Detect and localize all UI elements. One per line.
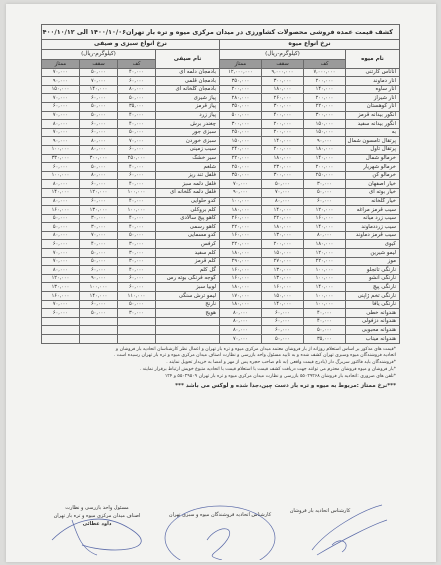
vegetable-max-price: ۱۲۰,۰۰۰ — [80, 188, 118, 197]
fruit-max-price: ۶۰,۰۰۰ — [262, 309, 304, 318]
fruit-unit-label: (کیلوگرم-ریال) — [220, 50, 346, 60]
fruit-col-min: کف — [304, 60, 346, 69]
fruit-premium-price: ۲۰۰,۰۰۰ — [220, 85, 262, 94]
vegetable-min-price — [118, 326, 156, 335]
vegetable-premium-price: ۸۰,۰۰۰ — [41, 266, 79, 275]
fruit-name-header: نام میوه — [346, 50, 400, 69]
fruit-max-price: ۹,۰۰۰,۰۰۰ — [262, 68, 304, 77]
fruit-min-price: ۴۰,۰۰۰ — [304, 309, 346, 318]
fruit-name-cell: نارنگی تخم ژاپنی — [346, 292, 400, 301]
fruit-max-price: ۳۰۰,۰۰۰ — [262, 77, 304, 86]
table-row: انگور بیدانه سفید۱۵۰,۰۰۰۲۰۰,۰۰۰۳۰۰,۰۰۰چغ… — [41, 120, 399, 129]
notes-block: *قیمت های مذکور بر اساس استعلام روزانه ا… — [42, 347, 400, 390]
fruit-max-price: ۱۶۰,۰۰۰ — [262, 283, 304, 292]
vegetable-name-cell: پیاز قرمز — [156, 102, 220, 111]
table-row: انگور بیدانه قرمز۳۰۰,۰۰۰۴۰۰,۰۰۰۵۰۰,۰۰۰پی… — [41, 111, 399, 120]
vegetable-premium-price: ۷۰,۰۰۰ — [41, 249, 79, 258]
vegetable-premium-price: ۵۰,۰۰۰ — [41, 223, 79, 232]
vegetable-max-price: ۵۰,۰۰۰ — [80, 163, 118, 172]
vegetable-name-cell: فلفل دلمه سبز — [156, 180, 220, 189]
table-row: خیار گلخانه۶۰,۰۰۰۸۰,۰۰۰۱۰۰,۰۰۰کدو حلوایی… — [41, 197, 399, 206]
vegetable-min-price: ۶۰,۰۰۰ — [118, 274, 156, 283]
fruit-name-cell: خرمالو کن — [346, 171, 400, 180]
vegetable-min-price: ۴۰,۰۰۰ — [118, 120, 156, 129]
table-row: نارنگی تانجلو۱۰۰,۰۰۰۱۳۰,۰۰۰۱۶۰,۰۰۰گل کلم… — [41, 266, 399, 275]
fruit-max-price: ۱۵۰,۰۰۰ — [262, 249, 304, 258]
fruit-min-price: ۱۰۰,۰۰۰ — [304, 300, 346, 309]
fruit-premium-price: ۲۸۰,۰۰۰ — [220, 94, 262, 103]
fruit-name-cell: خرمالو شمال — [346, 154, 400, 163]
vegetable-max-price: ۶۰,۰۰۰ — [80, 120, 118, 129]
vegetable-min-price: ۴۰,۰۰۰ — [118, 163, 156, 172]
fruit-name-cell: خیار گلخانه — [346, 197, 400, 206]
table-row: انار شیراز۲۰۰,۰۰۰۲۶۰,۰۰۰۲۸۰,۰۰۰پیاز شیری… — [41, 94, 399, 103]
vegetable-name-cell: شلغم — [156, 163, 220, 172]
fruit-premium-price: ۱۵۰,۰۰۰ — [220, 137, 262, 146]
fruit-name-cell: نارنگی تانجلو — [346, 266, 400, 275]
vegetable-premium-price: ۹۰,۰۰۰ — [41, 77, 79, 86]
fruit-premium-price: ۳۵۰,۰۰۰ — [220, 102, 262, 111]
vegetable-premium-price: ۶۰,۰۰۰ — [41, 102, 79, 111]
table-row: خیار اصفهان۳۰,۰۰۰۵۰,۰۰۰۷۰,۰۰۰فلفل دلمه س… — [41, 180, 399, 189]
vegetable-premium-price: ۸۰,۰۰۰ — [41, 120, 79, 129]
fruit-max-price: ۶۰,۰۰۰ — [262, 317, 304, 326]
table-row: سیب زرد میانه۱۶۰,۰۰۰۲۲۰,۰۰۰۲۶۰,۰۰۰کاهو پ… — [41, 214, 399, 223]
fruit-min-price: ۱۶۰,۰۰۰ — [304, 214, 346, 223]
fruit-premium-price: ۱۷۰,۰۰۰ — [220, 292, 262, 301]
vegetable-premium-price: ۶۰,۰۰۰ — [41, 309, 79, 318]
vegetable-min-price: ۳۰,۰۰۰ — [118, 257, 156, 266]
fruit-min-price: ۳۰۰,۰۰۰ — [304, 111, 346, 120]
vegetable-name-cell — [156, 335, 220, 344]
vegetable-min-price: ۴۰,۰۰۰ — [118, 111, 156, 120]
table-row: سیب قرمز مراغه۱۲۰,۰۰۰۱۴۰,۰۰۰۱۸۰,۰۰۰کلم ب… — [41, 206, 399, 215]
vegetable-max-price — [80, 335, 118, 344]
fruit-premium-price: ۲۲۰,۰۰۰ — [220, 154, 262, 163]
fruit-premium-price: ۲۵۰,۰۰۰ — [220, 163, 262, 172]
table-row: خیار بوته ای۵۰,۰۰۰۷۰,۰۰۰۹۰,۰۰۰فلفل دلمه … — [41, 188, 399, 197]
vegetable-max-price: ۸۰,۰۰۰ — [80, 145, 118, 154]
vegetable-premium-price: ۱۳۰,۰۰۰ — [41, 283, 79, 292]
vegetable-max-price: ۴۰,۰۰۰ — [80, 240, 118, 249]
fruit-name-cell: سیب قرمز دماوند — [346, 231, 400, 240]
fruit-min-price: ۲۲۰,۰۰۰ — [304, 257, 346, 266]
vegetable-premium-price: ۷۰,۰۰۰ — [41, 68, 79, 77]
fruit-min-price: ۱۵۰,۰۰۰ — [304, 120, 346, 129]
fruit-premium-price: ۷۰,۰۰۰ — [220, 180, 262, 189]
vegetable-min-price: ۴۰,۰۰۰ — [118, 266, 156, 275]
fruit-premium-price: ۳۵۰,۰۰۰ — [220, 171, 262, 180]
vegetable-name-cell: فلفل تند ریز — [156, 171, 220, 180]
fruit-premium-price: ۲۹۰,۰۰۰ — [220, 257, 262, 266]
vegetable-premium-price: ۱۶۰,۰۰۰ — [41, 206, 79, 215]
vegetable-name-cell: کدو مسمایی — [156, 231, 220, 240]
fruit-max-price: ۳۰۰,۰۰۰ — [262, 171, 304, 180]
vegetable-name-header: نام صیفی — [156, 50, 220, 69]
vegetable-premium-price: ۷۰,۰۰۰ — [41, 257, 79, 266]
fruit-premium-price: ۲۲۰,۰۰۰ — [220, 223, 262, 232]
vegetable-name-cell: پیاز شیری — [156, 94, 220, 103]
fruit-premium-price: ۱۶۰,۰۰۰ — [220, 266, 262, 275]
vegetable-premium-price: ۷۰,۰۰۰ — [41, 111, 79, 120]
vegetable-name-cell: فلفل دلمه گلخانه ای — [156, 188, 220, 197]
vegetable-name-cell: کلم سفید — [156, 249, 220, 258]
vegetable-name-cell: سیب زمینی — [156, 145, 220, 154]
fruit-name-cell: خیار بوته ای — [346, 188, 400, 197]
vegetable-premium-price: ۱۶۰,۰۰۰ — [41, 292, 79, 301]
fruit-name-cell: سیب زرددماوند — [346, 223, 400, 232]
fruit-min-price: ۵۰,۰۰۰ — [304, 326, 346, 335]
table-row: انار کوهستان۲۲۰,۰۰۰۳۰۰,۰۰۰۳۵۰,۰۰۰پیاز قر… — [41, 102, 399, 111]
vegetable-name-cell: بادمجان دلمه ای — [156, 68, 220, 77]
vegetable-name-cell — [156, 326, 220, 335]
fruit-max-price: ۱۴۰,۰۰۰ — [262, 137, 304, 146]
document-title: کشف قیمت عمده فروشی محصولات کشاورزی در م… — [41, 25, 399, 40]
table-row: لیمو شیرین۱۲۰,۰۰۰۱۵۰,۰۰۰۱۸۰,۰۰۰کلم سفید۳… — [41, 249, 399, 258]
vegetable-min-price: ۵۰,۰۰۰ — [118, 128, 156, 137]
fruit-max-price: ۱۳۰,۰۰۰ — [262, 231, 304, 240]
vegetable-min-price: ۱۰۰,۰۰۰ — [118, 188, 156, 197]
vegetable-name-cell: نارنج — [156, 300, 220, 309]
fruit-name-cell: کیوی — [346, 240, 400, 249]
fruit-min-price: ۱۸۰,۰۰۰ — [304, 145, 346, 154]
vegetable-min-price: ۴۰,۰۰۰ — [118, 223, 156, 232]
vegetable-min-price: ۶۰,۰۰۰ — [118, 171, 156, 180]
fruit-premium-price: ۱۸۰,۰۰۰ — [220, 206, 262, 215]
vegetable-premium-price: ۵۰,۰۰۰ — [41, 214, 79, 223]
price-sheet: کشف قیمت عمده فروشی محصولات کشاورزی در م… — [42, 24, 400, 389]
fruit-name-cell: موز — [346, 257, 400, 266]
vegetable-name-cell: لیمو ترش سنگی — [156, 292, 220, 301]
fruit-name-cell: انار دماوند — [346, 77, 400, 86]
vegetable-min-price: ۴۰,۰۰۰ — [118, 180, 156, 189]
fruit-min-price: ۱۴۰,۰۰۰ — [304, 154, 346, 163]
vegetable-name-cell: لوبیا سبز — [156, 283, 220, 292]
vegetable-max-price: ۵۰,۰۰۰ — [80, 111, 118, 120]
table-row: نارنگی پیچ۱۴۰,۰۰۰۱۶۰,۰۰۰۱۸۰,۰۰۰لوبیا سبز… — [41, 283, 399, 292]
vegetable-col-min: کف — [118, 60, 156, 69]
table-row: نارنگی یافا۱۰۰,۰۰۰۱۴۰,۰۰۰۱۸۰,۰۰۰نارنج۵۰,… — [41, 300, 399, 309]
vegetable-max-price — [80, 326, 118, 335]
fruit-max-price: ۷۰,۰۰۰ — [262, 188, 304, 197]
fruit-premium-price: ۱۸۰,۰۰۰ — [220, 300, 262, 309]
vegetable-min-price: ۲۵۰,۰۰۰ — [118, 154, 156, 163]
vegetable-min-price: ۶۰,۰۰۰ — [118, 77, 156, 86]
vegetable-name-cell: کرفس — [156, 240, 220, 249]
vegetable-premium-price: ۷۰,۰۰۰ — [41, 300, 79, 309]
fruit-min-price: ۴۰,۰۰۰ — [304, 317, 346, 326]
fruit-section-heading: نرخ انواع میوه — [220, 40, 400, 50]
fruit-min-price: ۱۲۰,۰۰۰ — [304, 249, 346, 258]
table-row: به۱۵۰,۰۰۰۲۰۰,۰۰۰۲۵۰,۰۰۰سبزی جور۵۰,۰۰۰۶۰,… — [41, 128, 399, 137]
fruit-premium-price: ۲۶۰,۰۰۰ — [220, 214, 262, 223]
fruit-name-cell: هندوانه خطی — [346, 309, 400, 318]
fruit-min-price: ۱۰۰,۰۰۰ — [304, 292, 346, 301]
table-row: خرمالو کن۲۵۰,۰۰۰۳۰۰,۰۰۰۳۵۰,۰۰۰فلفل تند ر… — [41, 171, 399, 180]
vegetable-name-cell: پیاز زرد — [156, 111, 220, 120]
fruit-name-cell: خیار اصفهان — [346, 180, 400, 189]
vegetable-name-cell — [156, 317, 220, 326]
vegetable-min-price: ۴۰,۰۰۰ — [118, 197, 156, 206]
fruit-name-cell: به — [346, 128, 400, 137]
fruit-name-cell: سیب قرمز مراغه — [346, 206, 400, 215]
vegetable-min-price: ۶۰,۰۰۰ — [118, 283, 156, 292]
vegetable-premium-price: ۳۳۰,۰۰۰ — [41, 154, 79, 163]
vegetable-min-price: ۱۰۰,۰۰۰ — [118, 206, 156, 215]
fruit-col-premium: ممتاز — [220, 60, 262, 69]
fruit-col-max: سقف — [262, 60, 304, 69]
fruit-min-price: ۱۲۰,۰۰۰ — [304, 206, 346, 215]
fruit-premium-price: ۳۰۰,۰۰۰ — [220, 120, 262, 129]
vegetable-max-price: ۶۰,۰۰۰ — [80, 94, 118, 103]
vegetable-premium-price: ۶۰,۰۰۰ — [41, 240, 79, 249]
fruit-name-cell: نارنگی انشو — [346, 274, 400, 283]
fruit-min-price: ۳۰,۰۰۰ — [304, 180, 346, 189]
fruit-min-price: ۱۵۰,۰۰۰ — [304, 128, 346, 137]
vegetable-col-max: سقف — [80, 60, 118, 69]
table-row: هندوانه محبوبی۵۰,۰۰۰۶۰,۰۰۰۸۰,۰۰۰ — [41, 326, 399, 335]
table-row: سیب زرددماوند۱۴۰,۰۰۰۱۸۰,۰۰۰۲۲۰,۰۰۰کاهو ر… — [41, 223, 399, 232]
vegetable-min-price: ۳۰,۰۰۰ — [118, 249, 156, 258]
fruit-max-price: ۴۰۰,۰۰۰ — [262, 111, 304, 120]
table-row: پرتقال تاول۱۸۰,۰۰۰۲۰۰,۰۰۰۲۴۰,۰۰۰سیب زمین… — [41, 145, 399, 154]
vegetable-name-cell: کاهو پیچ سالادی — [156, 214, 220, 223]
vegetable-premium-price: ۱۴۰,۰۰۰ — [41, 188, 79, 197]
fruit-max-price: ۶۰,۰۰۰ — [262, 326, 304, 335]
note-line: *بار فروشان و میوه فروشان محترم می توانن… — [42, 367, 396, 374]
fruit-premium-price: ۵۰۰,۰۰۰ — [220, 111, 262, 120]
vegetable-max-price: ۸۰,۰۰۰ — [80, 137, 118, 146]
fruit-max-price: ۱۵۰,۰۰۰ — [262, 292, 304, 301]
vegetable-min-price: ۴۰,۰۰۰ — [118, 214, 156, 223]
vegetable-premium-price: ۶۰,۰۰۰ — [41, 163, 79, 172]
vegetable-min-price: ۳۰,۰۰۰ — [118, 309, 156, 318]
fruit-min-price: ۷,۰۰۰,۰۰۰ — [304, 68, 346, 77]
fruit-max-price: ۸۰,۰۰۰ — [262, 197, 304, 206]
fruit-premium-price: ۱۲,۰۰۰,۰۰۰ — [220, 68, 262, 77]
vegetable-min-price: ۸۰,۰۰۰ — [118, 85, 156, 94]
fruit-min-price: ۱۸۰,۰۰۰ — [304, 240, 346, 249]
fruit-max-price: ۲۷۰,۰۰۰ — [262, 257, 304, 266]
vegetable-premium-price: ۱۰۰,۰۰۰ — [41, 145, 79, 154]
fruit-name-cell: نارنگی پیچ — [346, 283, 400, 292]
fruit-premium-price: ۱۸۰,۰۰۰ — [220, 283, 262, 292]
vegetable-name-cell: چغندر برش — [156, 120, 220, 129]
table-row: هندوانه دزفولی۴۰,۰۰۰۶۰,۰۰۰۸۰,۰۰۰ — [41, 317, 399, 326]
vegetable-max-price: ۱۰۰,۰۰۰ — [80, 283, 118, 292]
vegetable-premium-price — [41, 326, 79, 335]
note-line: *تلفن های ضروری :اتحادیه بار فروشان ۵۵۰۲… — [42, 374, 396, 381]
fruit-name-cell: نارنگی یافا — [346, 300, 400, 309]
table-row: خرمالو شمال۱۴۰,۰۰۰۱۸۰,۰۰۰۲۲۰,۰۰۰سیر خشک۲… — [41, 154, 399, 163]
fruit-name-cell: خرمالو شهریار — [346, 163, 400, 172]
vegetable-unit-label: (کیلوگرم-ریال) — [41, 50, 155, 60]
vegetable-name-cell: سبزی خوردن — [156, 137, 220, 146]
fruit-min-price: ۳۵,۰۰۰ — [304, 335, 346, 344]
table-row: سیب قرمز دماوند۸۰,۰۰۰۱۳۰,۰۰۰۱۶۰,۰۰۰کدو م… — [41, 231, 399, 240]
vegetable-max-price: ۵۰,۰۰۰ — [80, 102, 118, 111]
vegetable-premium-price: ۷۰,۰۰۰ — [41, 94, 79, 103]
vegetable-premium-price — [41, 335, 79, 344]
vegetable-premium-price: ۷۰,۰۰۰ — [41, 128, 79, 137]
vegetable-min-price: ۳۵,۰۰۰ — [118, 102, 156, 111]
fruit-min-price: ۱۴۰,۰۰۰ — [304, 85, 346, 94]
vegetable-max-price: ۳۰,۰۰۰ — [80, 223, 118, 232]
vegetable-premium-price: ۱۰۰,۰۰۰ — [41, 171, 79, 180]
fruit-premium-price: ۳۵۰,۰۰۰ — [220, 77, 262, 86]
fruit-name-cell: انار ساوه — [346, 85, 400, 94]
table-row: خرمالو شهریار۲۰۰,۰۰۰۲۳۰,۰۰۰۲۵۰,۰۰۰شلغم۴۰… — [41, 163, 399, 172]
vegetable-min-price: ۵۰,۰۰۰ — [118, 94, 156, 103]
fruit-name-cell: هندوانه محبوبی — [346, 326, 400, 335]
fruit-name-cell: سیب زرد میانه — [346, 214, 400, 223]
fruit-max-price: ۱۳۰,۰۰۰ — [262, 266, 304, 275]
fruit-premium-price: ۸۰,۰۰۰ — [220, 309, 262, 318]
fruit-min-price: ۵۰,۰۰۰ — [304, 188, 346, 197]
vegetable-min-price: ۱۱۰,۰۰۰ — [118, 292, 156, 301]
vegetable-max-price: ۶۰,۰۰۰ — [80, 266, 118, 275]
vegetable-max-price: ۶۰,۰۰۰ — [80, 197, 118, 206]
fruit-premium-price: ۸۰,۰۰۰ — [220, 326, 262, 335]
fruit-min-price: ۲۲۰,۰۰۰ — [304, 102, 346, 111]
fruit-max-price: ۲۰۰,۰۰۰ — [262, 128, 304, 137]
fruit-min-price: ۱۰۰,۰۰۰ — [304, 266, 346, 275]
vegetable-premium-price: ۸۰,۰۰۰ — [41, 231, 79, 240]
table-row: کیوی۱۸۰,۰۰۰۲۰۰,۰۰۰۲۲۰,۰۰۰کرفس۳۰,۰۰۰۴۰,۰۰… — [41, 240, 399, 249]
table-row: هندوانه میناب۳۵,۰۰۰۵۰,۰۰۰۷۰,۰۰۰ — [41, 335, 399, 344]
signature-area: کارشناس اتحادیه بار فروشان کارشناس اتحاد… — [42, 500, 400, 560]
handwritten-signatures-icon — [42, 500, 400, 560]
vegetable-max-price: ۸۰,۰۰۰ — [80, 171, 118, 180]
fruit-name-cell: لیمو شیرین — [346, 249, 400, 258]
vegetable-min-price: ۶۰,۰۰۰ — [118, 145, 156, 154]
fruit-max-price: ۱۳۰,۰۰۰ — [262, 274, 304, 283]
table-row: هندوانه خطی۴۰,۰۰۰۶۰,۰۰۰۸۰,۰۰۰هویج۳۰,۰۰۰۵… — [41, 309, 399, 318]
vegetable-min-price — [118, 335, 156, 344]
vegetable-max-price: ۱۳۰,۰۰۰ — [80, 206, 118, 215]
fruit-min-price: ۱۰۰,۰۰۰ — [304, 274, 346, 283]
vegetable-max-price: ۳۰,۰۰۰ — [80, 214, 118, 223]
vegetable-min-price: ۵۰,۰۰۰ — [118, 231, 156, 240]
vegetable-name-cell: گوجه فرنگی بوته رس — [156, 274, 220, 283]
table-row: پرتقال تامسون شمال۹۰,۰۰۰۱۴۰,۰۰۰۱۵۰,۰۰۰سب… — [41, 137, 399, 146]
vegetable-max-price: ۹۰,۰۰۰ — [80, 274, 118, 283]
fruit-premium-price: ۷۰,۰۰۰ — [220, 335, 262, 344]
vegetable-name-cell: کلم قرمز — [156, 257, 220, 266]
note-line: *فروشندگان باید فاکتور سربرگ دار (بادرج … — [42, 360, 396, 367]
vegetable-section-heading: نرخ انواع سبزی و صیفی — [41, 40, 219, 50]
fruit-max-price: ۲۰۰,۰۰۰ — [262, 240, 304, 249]
vegetable-name-cell: هویج — [156, 309, 220, 318]
fruit-name-cell: هندوانه میناب — [346, 335, 400, 344]
table-row: نارنگی تخم ژاپنی۱۰۰,۰۰۰۱۵۰,۰۰۰۱۷۰,۰۰۰لیم… — [41, 292, 399, 301]
fruit-name-cell: هندوانه دزفولی — [346, 317, 400, 326]
vegetable-max-price: ۶۰,۰۰۰ — [80, 300, 118, 309]
vegetable-max-price: ۷۰,۰۰۰ — [80, 77, 118, 86]
vegetable-min-price: ۵۰,۰۰۰ — [118, 300, 156, 309]
fruit-max-price: ۲۰۰,۰۰۰ — [262, 145, 304, 154]
table-row: نارنگی انشو۱۰۰,۰۰۰۱۳۰,۰۰۰۱۶۰,۰۰۰گوجه فرن… — [41, 274, 399, 283]
fruit-premium-price: ۹۰,۰۰۰ — [220, 188, 262, 197]
vegetable-name-cell: کدو حلوایی — [156, 197, 220, 206]
vegetable-max-price: ۵۰,۰۰۰ — [80, 309, 118, 318]
fruit-max-price: ۱۸۰,۰۰۰ — [262, 154, 304, 163]
fruit-premium-price: ۱۶۰,۰۰۰ — [220, 274, 262, 283]
vegetable-name-cell: کاهو رسمی — [156, 223, 220, 232]
vegetable-name-cell: سبزی جور — [156, 128, 220, 137]
table-row: موز۲۲۰,۰۰۰۲۷۰,۰۰۰۲۹۰,۰۰۰کلم قرمز۳۰,۰۰۰۵۰… — [41, 257, 399, 266]
vegetable-max-price: ۱۴۰,۰۰۰ — [80, 85, 118, 94]
vegetable-name-cell: گل کلم — [156, 266, 220, 275]
vegetable-min-price: ۳۰,۰۰۰ — [118, 240, 156, 249]
fruit-min-price: ۲۰۰,۰۰۰ — [304, 77, 346, 86]
fruit-min-price: ۲۰۰,۰۰۰ — [304, 94, 346, 103]
vegetable-max-price: ۶۰,۰۰۰ — [80, 180, 118, 189]
fruit-max-price: ۲۲۰,۰۰۰ — [262, 214, 304, 223]
vegetable-name-cell: کلم بروکلی — [156, 206, 220, 215]
vegetable-name-cell: بادمجان گلخانه ای — [156, 85, 220, 94]
fruit-premium-price: ۸۰,۰۰۰ — [220, 317, 262, 326]
table-row: آناناس کارتنی۷,۰۰۰,۰۰۰۹,۰۰۰,۰۰۰۱۲,۰۰۰,۰۰… — [41, 68, 399, 77]
table-row: انار دماوند۲۰۰,۰۰۰۳۰۰,۰۰۰۳۵۰,۰۰۰بادمجان … — [41, 77, 399, 86]
vegetable-col-premium: ممتاز — [41, 60, 79, 69]
fruit-name-cell: انار شیراز — [346, 94, 400, 103]
fruit-premium-price: ۱۸۰,۰۰۰ — [220, 249, 262, 258]
vegetable-min-price: ۷۰,۰۰۰ — [118, 137, 156, 146]
fruit-premium-price: ۲۴۰,۰۰۰ — [220, 145, 262, 154]
fruit-max-price: ۱۴۰,۰۰۰ — [262, 206, 304, 215]
vegetable-premium-price: ۸۰,۰۰۰ — [41, 197, 79, 206]
vegetable-max-price: ۶۰,۰۰۰ — [80, 128, 118, 137]
fruit-min-price: ۲۵۰,۰۰۰ — [304, 171, 346, 180]
vegetable-name-cell: بادمجان قلمی — [156, 77, 220, 86]
vegetable-max-price — [80, 317, 118, 326]
fruit-max-price: ۱۸۰,۰۰۰ — [262, 223, 304, 232]
vegetable-max-price: ۱۴۰,۰۰۰ — [80, 292, 118, 301]
vegetable-max-price: ۵۰,۰۰۰ — [80, 249, 118, 258]
vegetable-min-price: ۴۰,۰۰۰ — [118, 68, 156, 77]
fruit-min-price: ۸۰,۰۰۰ — [304, 231, 346, 240]
vegetable-max-price: ۷۰,۰۰۰ — [80, 231, 118, 240]
vegetable-max-price: ۵۰,۰۰۰ — [80, 257, 118, 266]
fruit-max-price: ۱۸۰,۰۰۰ — [262, 85, 304, 94]
vegetable-max-price: ۵۰,۰۰۰ — [80, 68, 118, 77]
price-table: کشف قیمت عمده فروشی محصولات کشاورزی در م… — [41, 24, 400, 344]
fruit-name-cell: انگور بیدانه سفید — [346, 120, 400, 129]
fruit-premium-price: ۱۶۰,۰۰۰ — [220, 231, 262, 240]
fruit-max-price: ۵۰,۰۰۰ — [262, 180, 304, 189]
vegetable-name-cell: سیر خشک — [156, 154, 220, 163]
fruit-max-price: ۲۶۰,۰۰۰ — [262, 94, 304, 103]
vegetable-premium-price: ۸۰,۰۰۰ — [41, 180, 79, 189]
fruit-min-price: ۹۰,۰۰۰ — [304, 137, 346, 146]
fruit-min-price: ۲۰۰,۰۰۰ — [304, 163, 346, 172]
fruit-max-price: ۲۰۰,۰۰۰ — [262, 120, 304, 129]
fruit-premium-price: ۲۲۰,۰۰۰ — [220, 240, 262, 249]
vegetable-premium-price: ۱۲۰,۰۰۰ — [41, 274, 79, 283]
fruit-name-cell: آناناس کارتنی — [346, 68, 400, 77]
fruit-min-price: ۱۴۰,۰۰۰ — [304, 223, 346, 232]
fruit-name-cell: پرتقال تاول — [346, 145, 400, 154]
premium-footnote: ***نرخ ممتاز :مربوط به میوه و تره بار دس… — [42, 383, 396, 390]
fruit-max-price: ۵۰,۰۰۰ — [262, 335, 304, 344]
vegetable-max-price: ۳۰۰,۰۰۰ — [80, 154, 118, 163]
fruit-name-cell: پرتقال تامسون شمال — [346, 137, 400, 146]
fruit-max-price: ۱۴۰,۰۰۰ — [262, 300, 304, 309]
fruit-premium-price: ۲۵۰,۰۰۰ — [220, 128, 262, 137]
fruit-premium-price: ۱۰۰,۰۰۰ — [220, 197, 262, 206]
fruit-max-price: ۳۰۰,۰۰۰ — [262, 102, 304, 111]
